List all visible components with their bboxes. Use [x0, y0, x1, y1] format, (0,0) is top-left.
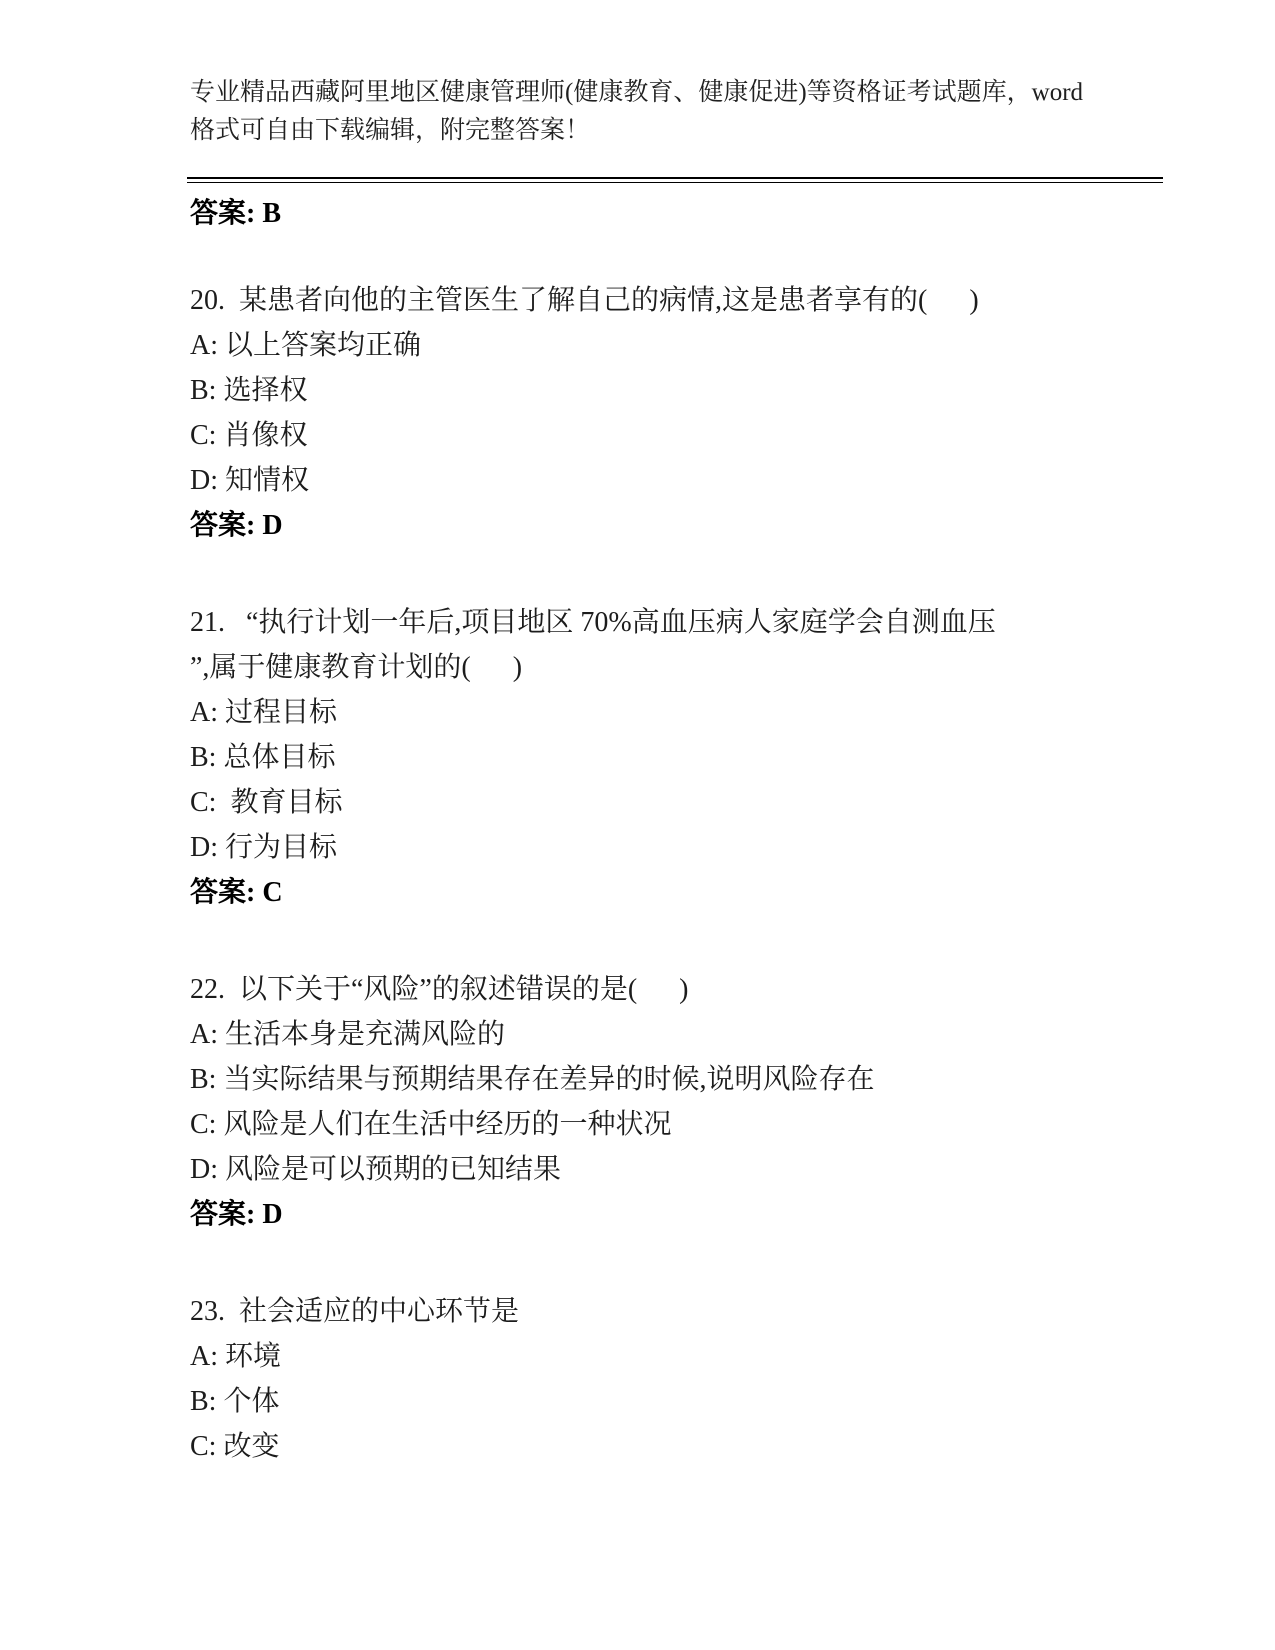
question-22-option-c: C: 风险是人们在生活中经历的一种状况 — [190, 1102, 1165, 1147]
question-23-option-a: A: 环境 — [190, 1334, 1165, 1379]
answer-line-q22: 答案: D — [190, 1192, 1165, 1237]
question-23-text: 23. 社会适应的中心环节是 — [190, 1289, 1165, 1334]
question-23-option-b: B: 个体 — [190, 1379, 1165, 1424]
question-21-option-d: D: 行为目标 — [190, 825, 1165, 870]
question-20-text: 20. 某患者向他的主管医生了解自己的病情,这是患者享有的( ) — [190, 278, 1165, 323]
page-header: 专业精品西藏阿里地区健康管理师(健康教育、健康促进)等资格证考试题库，word … — [190, 74, 1165, 150]
question-20-option-b: B: 选择权 — [190, 368, 1165, 413]
question-20-option-d: D: 知情权 — [190, 458, 1165, 503]
question-21-text-line1: 21. “执行计划一年后,项目地区 70%高血压病人家庭学会自测血压 — [190, 600, 1165, 645]
question-21: 21. “执行计划一年后,项目地区 70%高血压病人家庭学会自测血压 ”,属于健… — [190, 600, 1165, 915]
question-21-option-b: B: 总体目标 — [190, 735, 1165, 780]
question-21-text-line2: ”,属于健康教育计划的( ) — [190, 645, 1165, 690]
question-23-option-c: C: 改变 — [190, 1424, 1165, 1469]
question-20-option-a: A: 以上答案均正确 — [190, 323, 1165, 368]
question-21-option-c: C: 教育目标 — [190, 780, 1165, 825]
question-22-text: 22. 以下关于“风险”的叙述错误的是( ) — [190, 967, 1165, 1012]
header-text-line2: 格式可自由下载编辑，附完整答案！ — [190, 112, 1165, 150]
header-text-line1: 专业精品西藏阿里地区健康管理师(健康教育、健康促进)等资格证考试题库，word — [190, 74, 1165, 112]
question-21-option-a: A: 过程目标 — [190, 690, 1165, 735]
answer-line-q21: 答案: C — [190, 870, 1165, 915]
question-22-option-a: A: 生活本身是充满风险的 — [190, 1012, 1165, 1057]
question-20: 20. 某患者向他的主管医生了解自己的病情,这是患者享有的( ) A: 以上答案… — [190, 278, 1165, 548]
document-body: 答案: B 20. 某患者向他的主管医生了解自己的病情,这是患者享有的( ) A… — [190, 191, 1165, 1469]
question-22: 22. 以下关于“风险”的叙述错误的是( ) A: 生活本身是充满风险的 B: … — [190, 967, 1165, 1237]
answer-line-q19: 答案: B — [190, 191, 1165, 236]
question-20-option-c: C: 肖像权 — [190, 413, 1165, 458]
document-page: 专业精品西藏阿里地区健康管理师(健康教育、健康促进)等资格证考试题库，word … — [0, 0, 1275, 1650]
question-23: 23. 社会适应的中心环节是 A: 环境 B: 个体 C: 改变 — [190, 1289, 1165, 1469]
header-divider-rule — [187, 177, 1163, 183]
answer-line-q20: 答案: D — [190, 503, 1165, 548]
question-22-option-b: B: 当实际结果与预期结果存在差异的时候,说明风险存在 — [190, 1057, 1165, 1102]
question-22-option-d: D: 风险是可以预期的已知结果 — [190, 1147, 1165, 1192]
